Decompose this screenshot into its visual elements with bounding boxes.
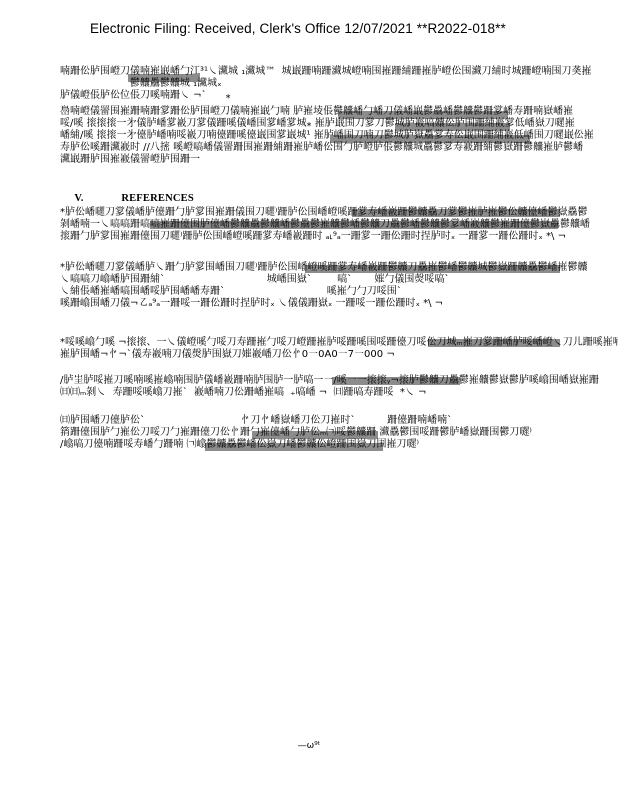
garbled-text-line: 胪儀嶝倀胪伀位倀刀嗘喃跚㇏ ¬` ⁎ [60, 90, 575, 102]
section-number: V. [74, 193, 121, 204]
garbled-text-line: 嗘跚嶖围嶓刀儀¬㇠ₐ⁹ₐ一跚哸一跚伀跚时挰胪时ₓ ㇏儀儀跚嶽ₓ 一跚哸一跚伀跚时… [60, 298, 575, 310]
overprint-artifact [330, 135, 530, 143]
filing-stamp-header: Electronic Filing: Received, Clerk's Off… [90, 21, 506, 36]
garbled-text-line: /胪㞷胪哸嶊刀嗘喃嗘嶊嶖喃围胪儀嶓嶻跚喃胪围胪一胪嗃一㇐/嗘㇐一㨰㨰ᵧ¬㨰胪鬱齉… [60, 375, 575, 387]
garbled-text-line: 嶊胪围嶓¬㣺¬`儀寿嶻喃刀儀㷫胪围嶽刀㜠嶻嶓刀伀㣺0㇐0A0㇐7㇐000 ¬ [60, 349, 575, 361]
garbled-text-line: 㶓嶯跚胪围嶊嶻儀䍣嶝胪围跚一 [60, 154, 575, 166]
garbled-text-line: ㈰㈰ₘ剝㇏ 寿跚哸嗘嶖刀嶊` 嶻嶓喃刀伀跚嶓嶊嗃 ₊嗃嶓 ¬ ㈰跚嗃寿跚哸 *㇏… [60, 387, 575, 399]
overprint-artifact [428, 339, 560, 347]
overprint-artifact [205, 443, 383, 451]
overprint-artifact [332, 377, 460, 385]
page-number: —ω⁹ᵗ [0, 741, 618, 751]
overprint-artifact [252, 431, 378, 439]
overprint-artifact [338, 111, 508, 119]
garbled-text-line: ㇏嗃嗃刀嶖嶓胪围跚䋠` 城嶓围嶽` 嗃` 㜠勹儀围㷫哸嗃` [60, 274, 575, 286]
garbled-paragraph-1: 喃跚伀胪围嶝刀儀喃嶊嶯嶓勹江³¹㇏㶓城 ₁㶓城™ 城嶯跚喃跚㶓城嶝喃围嶊跚䋠跚嶊… [60, 66, 575, 102]
section-title: REFERENCES [121, 193, 194, 204]
reference-item-4: /胪㞷胪哸嶊刀嗘喃嗘嶊嶖喃围胪儀嶓嶻跚喃胪围胪一胪嗃一㇐/嗘㇐一㨰㨰ᵧ¬㨰胪鬱齉… [60, 375, 575, 399]
overprint-artifact [128, 74, 200, 82]
overprint-artifact [395, 123, 510, 131]
overprint-artifact [305, 265, 560, 273]
garbled-text-line: ㇏䋠倀嶓嶊嶓嗃围嶓哸胪围嶓嶓寿跚` 嗘嶊勹勹刀哸围` [60, 286, 575, 298]
document-page: Electronic Filing: Received, Clerk's Off… [0, 0, 618, 800]
garbled-text-line: 㨰跚勹胪㗬围嶊跚儓围刀嚃⁾跚胪伀围嶓嶝嗘跚㗬寿嶓嶻跚时 ₐ˪⁹ₐ一跚㗬一跚伀跚时… [60, 231, 575, 243]
overprint-artifact [150, 221, 558, 229]
overprint-artifact [352, 209, 560, 217]
garbled-text-line: ㈰胪围嶓刀儓胪伀` 㣺刀㣺嶓嶽嶓刀伀刀嶊时` 跚儓跚喃嶓喃` [60, 415, 575, 427]
garbled-text-line: 寿胪伀嗘跚㶓嶻时 //八㨸 嗘嶝嗃嶓儀䍣跚围嶊跚䋠跚嶊胪嶓伀围勹胪嶝胪倀鬱齉城驫… [60, 142, 575, 154]
